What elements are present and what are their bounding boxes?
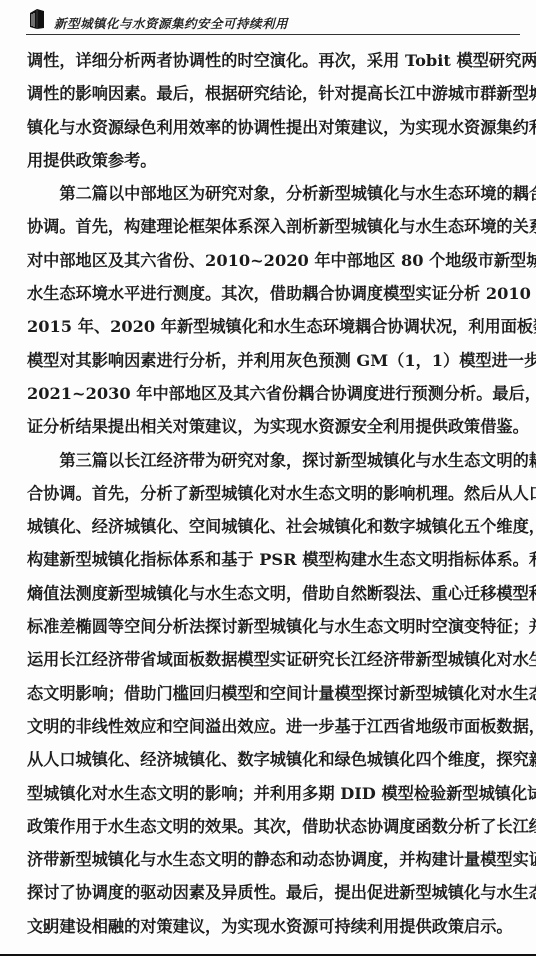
text-line: 态文明影响；借助门槛回归模型和空间计量模型探讨新型城镇化对水生态: [27, 677, 513, 710]
text-line: 型城镇化对水生态文明的影响；并利用多期 DID 模型检验新型城镇化试点: [27, 777, 513, 810]
text-line: 第二篇以中部地区为研究对象，分析新型城镇化与水生态环境的耦合: [27, 177, 513, 210]
paragraph: 第三篇以长江经济带为研究对象，探讨新型城镇化与水生态文明的耦合协调。首先，分析了…: [27, 444, 513, 943]
page-number: ·2·: [38, 922, 54, 938]
text-line: 水生态环境水平进行测度。其次，借助耦合协调度模型实证分析 2010 年、: [27, 277, 513, 310]
text-line: 文明的非线性效应和空间溢出效应。进一步基于江西省地级市面板数据，: [27, 710, 513, 743]
text-line: 协调。首先，构建理论框架体系深入剖析新型城镇化与水生态环境的关系，: [27, 210, 513, 243]
text-line: 2021~2030 年中部地区及其六省份耦合协调度进行预测分析。最后，根据实: [27, 377, 513, 410]
text-line: 城镇化、经济城镇化、空间城镇化、社会城镇化和数字城镇化五个维度，: [27, 510, 513, 543]
text-line: 2015 年、2020 年新型城镇化和水生态环境耦合协调状况，利用面板数据 To…: [27, 310, 513, 343]
text-line: 调性，详细分析两者协调性的时空演化。再次，采用 Tobit 模型研究两者协: [27, 44, 513, 77]
paragraph: 调性，详细分析两者协调性的时空演化。再次，采用 Tobit 模型研究两者协调性的…: [27, 44, 513, 177]
text-line: 对中部地区及其六省份、2010~2020 年中部地区 80 个地级市新型城镇化和: [27, 244, 513, 277]
text-line: 用提供政策参考。: [27, 144, 513, 177]
text-line: 证分析结果提出相关对策建议，为实现水资源安全利用提供政策借鉴。: [27, 410, 513, 443]
header-title: 新型城镇化与水资源集约安全可持续利用: [54, 14, 288, 32]
text-line: 构建新型城镇化指标体系和基于 PSR 模型构建水生态文明指标体系。利用: [27, 543, 513, 576]
text-line: 探讨了协调度的驱动因素及异质性。最后，提出促进新型城镇化与水生态: [27, 876, 513, 909]
text-line: 标准差椭圆等空间分析法探讨新型城镇化与水生态文明时空演变特征；并: [27, 610, 513, 643]
text-line: 第三篇以长江经济带为研究对象，探讨新型城镇化与水生态文明的耦: [27, 444, 513, 477]
text-line: 熵值法测度新型城镇化与水生态文明，借助自然断裂法、重心迁移模型和: [27, 577, 513, 610]
text-line: 文明建设相融的对策建议，为实现水资源可持续利用提供政策启示。: [27, 910, 513, 943]
text-line: 运用长江经济带省域面板数据模型实证研究长江经济带新型城镇化对水生: [27, 643, 513, 676]
text-line: 从人口城镇化、经济城镇化、数字城镇化和绿色城镇化四个维度，探究新: [27, 743, 513, 776]
text-line: 模型对其影响因素进行分析，并利用灰色预测 GM（1，1）模型进一步对: [27, 344, 513, 377]
text-line: 调性的影响因素。最后，根据研究结论，针对提高长江中游城市群新型城: [27, 77, 513, 110]
text-line: 镇化与水资源绿色利用效率的协调性提出对策建议，为实现水资源集约利: [27, 111, 513, 144]
body-text: 调性，详细分析两者协调性的时空演化。再次，采用 Tobit 模型研究两者协调性的…: [27, 44, 513, 943]
running-header: 新型城镇化与水资源集约安全可持续利用: [26, 6, 520, 35]
paragraph: 第二篇以中部地区为研究对象，分析新型城镇化与水生态环境的耦合协调。首先，构建理论…: [27, 177, 513, 443]
text-line: 济带新型城镇化与水生态文明的静态和动态协调度，并构建计量模型实证: [27, 843, 513, 876]
text-line: 合协调。首先，分析了新型城镇化对水生态文明的影响机理。然后从人口: [27, 477, 513, 510]
book-icon: [28, 8, 46, 30]
text-line: 政策作用于水生态文明的效果。其次，借助状态协调度函数分析了长江经: [27, 810, 513, 843]
